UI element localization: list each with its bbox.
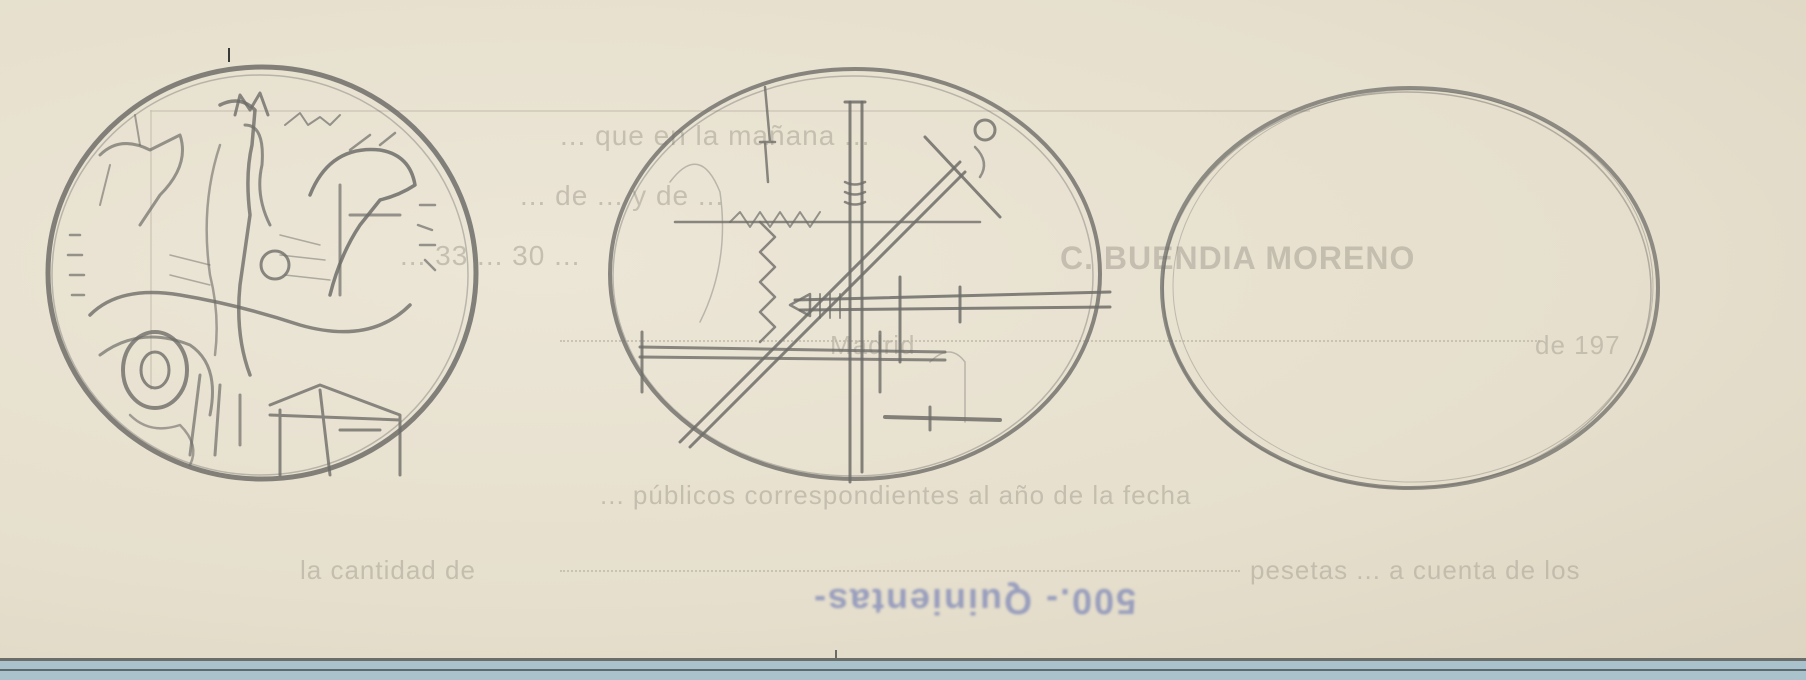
paper-background: ... que en la mañana ... ... de ... y de… [0, 0, 1806, 660]
ghost-pesetas: pesetas ... a cuenta de los [1250, 555, 1581, 586]
coin-swords-sketch [600, 62, 1120, 492]
blue-stamp-text: 500.- Quinientas- [812, 580, 1136, 622]
bottom-blue-band [0, 658, 1806, 680]
ghost-amount-content: la cantidad de [300, 555, 476, 586]
coin-blank-sketch [1155, 78, 1675, 503]
ghost-dotted-line-2 [560, 570, 1240, 572]
coin-horseman-sketch [40, 55, 500, 495]
band-line [0, 669, 1806, 671]
tick-mark-top [228, 48, 230, 62]
ghost-amount: la cantidad de [300, 555, 476, 586]
blue-stamp: 500.- Quinientas- [812, 580, 1136, 622]
ghost-pesetas-content: pesetas ... a cuenta de los [1250, 555, 1581, 586]
